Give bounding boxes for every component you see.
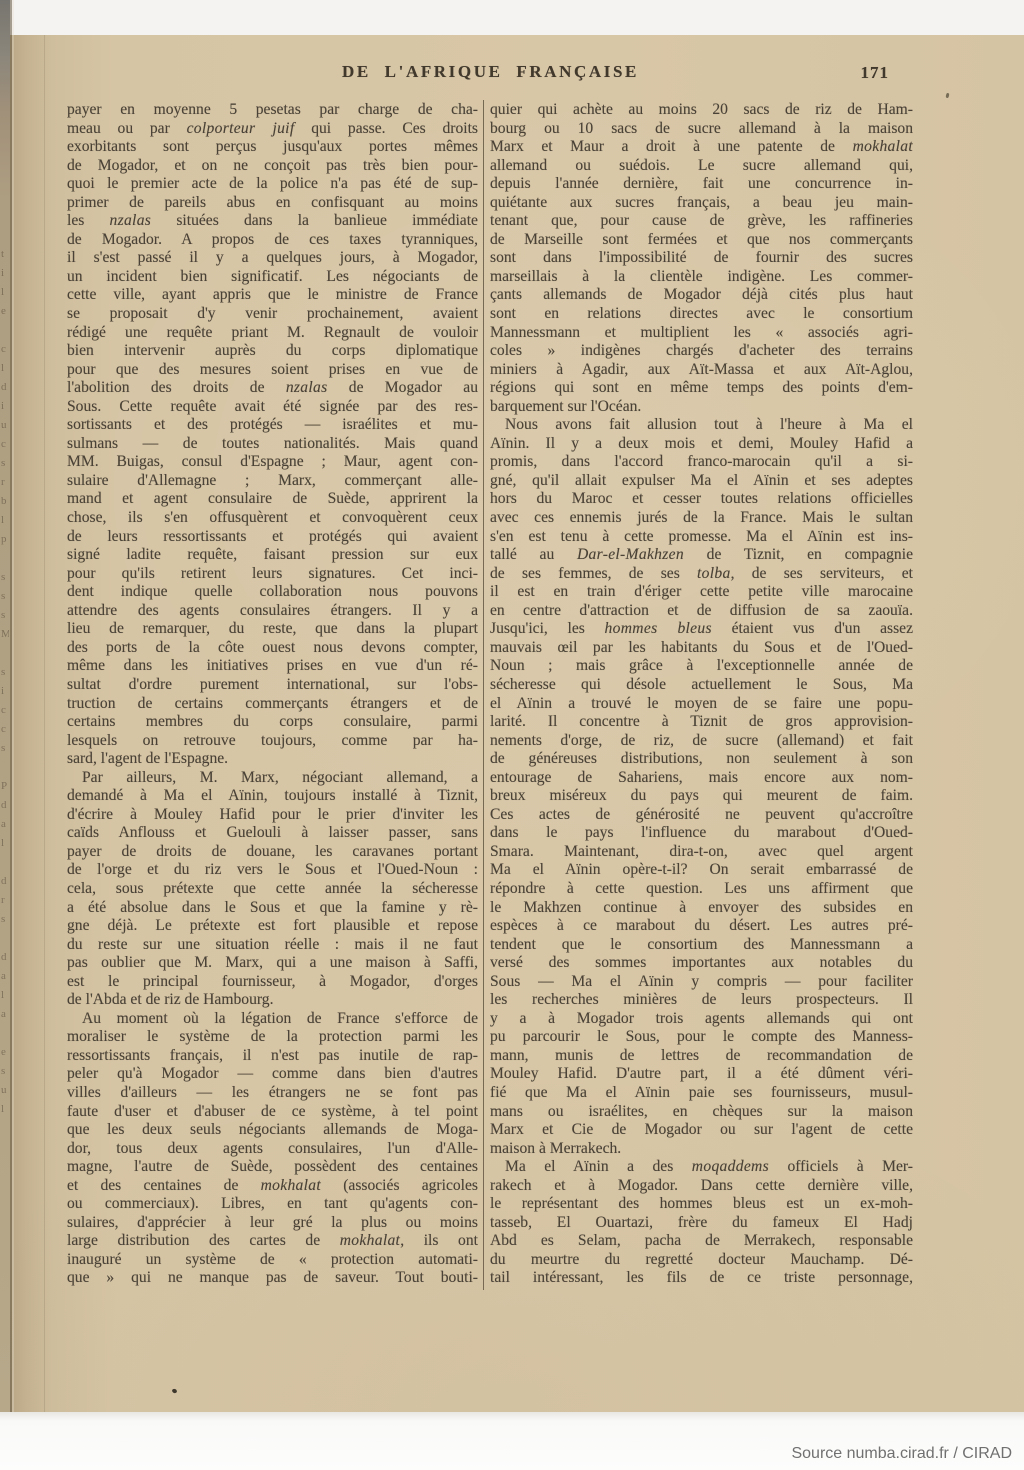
text-line: Aïnin. Il y a deux mois et demi, Mouley … <box>490 435 913 454</box>
text-line: les nzalas situées dans la banlieue immé… <box>67 212 478 231</box>
text-line: sont dans l'impossibilité de fournir des… <box>490 249 913 268</box>
text-line: hors du Maroc et cesser toutes relations… <box>490 490 913 509</box>
text-line: mann, munis de lettres de recommandation… <box>490 1047 913 1066</box>
text-line: sulaire d'Allemagne ; Marx, commerçant a… <box>67 472 478 491</box>
text-line: coles » indigènes chargés d'acheter des … <box>490 342 913 361</box>
text-line: cela, sous prétexte que cette année la s… <box>67 880 478 899</box>
text-line: Abd es Selam, pacha de Merrakech, respon… <box>490 1232 913 1251</box>
text-line: l'abolition des droits de nzalas de Moga… <box>67 379 478 398</box>
scanner-background-top <box>0 0 1024 35</box>
text-line: fié que Ma el Aïnin paie ses fournisseur… <box>490 1084 913 1103</box>
text-column-left: payer en moyenne 5 pesetas par charge de… <box>67 101 478 1288</box>
text-line: payer en moyenne 5 pesetas par charge de… <box>67 101 478 120</box>
text-line: d'écrire à Mouley Hafid pour le prier d'… <box>67 806 478 825</box>
text-line: il est en train d'ériger cette petite vi… <box>490 583 913 602</box>
text-line: quiétante aux sucres français, a beau je… <box>490 194 913 213</box>
text-line: breux miséreux du pays qui meurent de fa… <box>490 787 913 806</box>
text-line: sécheresse qui désole actuellement le So… <box>490 676 913 695</box>
text-line: ressortissants français, il n'est pas in… <box>67 1047 478 1066</box>
text-line: a été absolue dans le Sous et que la fam… <box>67 899 478 918</box>
text-line: s'en est tenu à cette promesse. Ma el Aï… <box>490 528 913 547</box>
text-line: larité. Il concentre à Tiznit de gros ap… <box>490 713 913 732</box>
text-line: entourage de Sahariens, mais encore aux … <box>490 769 913 788</box>
journal-running-title: DE L'AFRIQUE FRANÇAISE <box>68 62 913 82</box>
text-line: mauvais œil par les habitants du Sous et… <box>490 639 913 658</box>
text-line: Mannessmann et multiplient les « associé… <box>490 324 913 343</box>
scanned-journal-page: tile cldiucsrblp sssM siccs Pdal drs dal… <box>0 0 1024 1470</box>
facing-page-text-fragments: tile cldiucsrblp sssM siccs Pdal drs dal… <box>1 245 9 1119</box>
text-line: de l'Abda et de riz de Hambourg. <box>67 991 478 1010</box>
text-line: signé ladite requête, faisant pression s… <box>67 546 478 565</box>
text-line: dent indique quelle collaboration nous p… <box>67 583 478 602</box>
text-line: peler qu'à Mogador — comme dans bien d'a… <box>67 1065 478 1084</box>
text-line: barquement sur l'Océan. <box>490 398 913 417</box>
text-line: sulmans — de toutes nationalités. Mais q… <box>67 435 478 454</box>
text-line: sont en relations directes avec le conso… <box>490 305 913 324</box>
text-line: Nous avons fait allusion tout à l'heure … <box>490 416 913 435</box>
text-line: tasseb, El Ouartazi, frère du fameux El … <box>490 1214 913 1233</box>
text-line: large distribution des cartes de mokhala… <box>67 1232 478 1251</box>
text-line: attendre des agents consulaires étranger… <box>67 602 478 621</box>
text-line: se proposait d'y venir prochainement, av… <box>67 305 478 324</box>
text-line: tenant que, pour cause de grève, les raf… <box>490 212 913 231</box>
text-line: tendent que le consortium des Mannessman… <box>490 936 913 955</box>
text-line: rakech et à Mogador. Dans cette dernière… <box>490 1177 913 1196</box>
text-line: Sous. Cette requête avait été signée par… <box>67 398 478 417</box>
text-line: depuis l'année dernière, fait une concur… <box>490 175 913 194</box>
text-line: sortissants et des protégés — israélites… <box>67 416 478 435</box>
text-line: est le principal fournisseur, à Mogador,… <box>67 973 478 992</box>
source-credit: Source numba.cirad.fr / CIRAD <box>791 1445 1012 1463</box>
text-line: de leurs ressortissants et protégés qui … <box>67 528 478 547</box>
text-line: ou commerciaux). Libres, en tant qu'agen… <box>67 1195 478 1214</box>
text-line: MM. Buigas, consul d'Espagne ; Maur, age… <box>67 453 478 472</box>
text-line: bourg ou 10 sacs de sucre allemand à la … <box>490 120 913 139</box>
text-line: espèces à ce marabout du désert. Les aut… <box>490 917 913 936</box>
text-line: gné, qu'il allait expulser Ma el Aïnin e… <box>490 472 913 491</box>
text-line: pas oublier que M. Marx, qui a une maiso… <box>67 954 478 973</box>
text-line: lesquels on retrouve toujours, comme par… <box>67 732 478 751</box>
text-line: el Aïnin a trouvé le moyen de se faire u… <box>490 695 913 714</box>
text-line: payer de droits de douane, les caravanes… <box>67 843 478 862</box>
text-line: caïds Anflouss et Guelouli à laisser pas… <box>67 824 478 843</box>
page-edge-highlight <box>12 0 14 1412</box>
text-line: même dans les initiatives prises en vue … <box>67 657 478 676</box>
text-line: chose, ils s'en offusquèrent et convoquè… <box>67 509 478 528</box>
text-line: de Mogador. A propos de ces taxes tyrann… <box>67 231 478 250</box>
text-line: un incident bien significatif. Les négoc… <box>67 268 478 287</box>
text-line: tallé au Dar-el-Makhzen de Tiznit, en co… <box>490 546 913 565</box>
text-line: le Makhzen continue à envoyer des subsid… <box>490 899 913 918</box>
text-line: du reste sur une situation réelle : mais… <box>67 936 478 955</box>
text-line: mand et agent consulaire de Suède, appri… <box>67 490 478 509</box>
text-line: mans ou israélites, en chèques sur la ma… <box>490 1103 913 1122</box>
text-line: Ma el Aïnin a des moqaddems officiels à … <box>490 1158 913 1177</box>
text-line: versé des sommes importantes aux notable… <box>490 954 913 973</box>
text-line: dans le pays l'influence du marabout d'O… <box>490 824 913 843</box>
text-line: et des centaines de mokhalat (associés a… <box>67 1177 478 1196</box>
text-line: certains membres du corps consulaire, pa… <box>67 713 478 732</box>
page-crease-line <box>44 35 45 1412</box>
text-line: moraliser le système de la protection pa… <box>67 1028 478 1047</box>
text-line: pour qu'ils retirent leurs signatures. C… <box>67 565 478 584</box>
text-line: Marx et Maur a droit à une patente de mo… <box>490 138 913 157</box>
text-line: allemand ou suédois. Le sucre allemand q… <box>490 157 913 176</box>
text-line: villes d'ailleurs — les étrangers ne se … <box>67 1084 478 1103</box>
text-line: de ses femmes, de ses tolba, de ses serv… <box>490 565 913 584</box>
text-line: Sous — Ma el Aïnin y compris — pour faci… <box>490 973 913 992</box>
text-line: çants allemands de Mogador déjà cités pl… <box>490 286 913 305</box>
text-line: sard, l'agent de l'Espagne. <box>67 750 478 769</box>
text-line: en centre d'attraction et de diffusion d… <box>490 602 913 621</box>
text-line: les recherches minières de leurs prospec… <box>490 991 913 1010</box>
text-line: quoi le premier acte de la police n'a pa… <box>67 175 478 194</box>
text-line: gne déjà. Le prétexte est fort plausible… <box>67 917 478 936</box>
text-line: de généreuses distributions, non seuleme… <box>490 750 913 769</box>
text-line: promis, dans l'accord franco-marocain qu… <box>490 453 913 472</box>
text-line: sultat d'ordre purement international, s… <box>67 676 478 695</box>
text-line: Ces actes de générosité ne peuvent qu'ac… <box>490 806 913 825</box>
text-line: meau ou par colporteur juif qui passe. C… <box>67 120 478 139</box>
text-line: des ports de la côte ouest nous devons c… <box>67 639 478 658</box>
text-line: Jusqu'ici, les hommes bleus étaient vus … <box>490 620 913 639</box>
text-line: primer de pareils abus en confisquant au… <box>67 194 478 213</box>
text-line: Smara. Maintenant, dira-t-on, avec quel … <box>490 843 913 862</box>
text-line: demandé à Ma el Aïnin, toujours installé… <box>67 787 478 806</box>
text-line: avec ces ennemis jurés de la France. Mai… <box>490 509 913 528</box>
text-line: régions qui sont en même temps des point… <box>490 379 913 398</box>
text-line: répondre à cette question. Les uns affir… <box>490 880 913 899</box>
text-line: que les deux seuls négociants allemands … <box>67 1121 478 1140</box>
text-line: Ma el Aïnin opère-t-il? On serait embarr… <box>490 861 913 880</box>
text-line: de Marseille sont fermées et que nos com… <box>490 231 913 250</box>
text-line: miniers à Agadir, aux Aït-Massa et aux A… <box>490 361 913 380</box>
text-line: de Mogador, et on ne conçoit pas très bi… <box>67 157 478 176</box>
text-line: pu parcourir le Sous, pour le compte des… <box>490 1028 913 1047</box>
text-line: du meurtre du regretté docteur Mauchamp.… <box>490 1251 913 1270</box>
page-number: 171 <box>861 63 890 83</box>
text-line: marseillais à la clientèle indigène. Les… <box>490 268 913 287</box>
text-line: rédigé une requête priant M. Regnault de… <box>67 324 478 343</box>
text-line: magne, l'autre de Suède, possèdent des c… <box>67 1158 478 1177</box>
text-line: quier qui achète au moins 20 sacs de riz… <box>490 101 913 120</box>
text-line: il s'est passé il y a quelques jours, à … <box>67 249 478 268</box>
text-line: cette ville, ayant appris que le ministr… <box>67 286 478 305</box>
text-line: bien intervenir auprès du corps diplomat… <box>67 342 478 361</box>
text-line: faute d'user et d'abuser de ce système, … <box>67 1103 478 1122</box>
text-line: Marx et Cie de Mogador ou sur l'agent de… <box>490 1121 913 1140</box>
page-header: DE L'AFRIQUE FRANÇAISE 171 <box>68 62 913 88</box>
text-line: que » qui ne manque pas de saveur. Tout … <box>67 1269 478 1288</box>
text-line: maison à Merrakech. <box>490 1140 913 1159</box>
text-line: y a à Mogador trois agents allemands qui… <box>490 1010 913 1029</box>
text-line: tail intéressant, les fils de ce triste … <box>490 1269 913 1288</box>
text-line: le représentant des hommes bleus est un … <box>490 1195 913 1214</box>
text-line: Mouley Hafid. D'autre part, il a été dûm… <box>490 1065 913 1084</box>
text-line: sulaires, d'apprécier à leur gré la plus… <box>67 1214 478 1233</box>
text-line: inauguré un système de « protection auto… <box>67 1251 478 1270</box>
text-line: Par ailleurs, M. Marx, négociant alleman… <box>67 769 478 788</box>
column-divider-rule <box>483 100 484 1290</box>
text-line: de l'orge et du riz vers le Sous et l'Ou… <box>67 861 478 880</box>
text-line: Noun ; mais grâce à l'exceptionnelle ann… <box>490 657 913 676</box>
text-line: pour que des mesures soient prises en vu… <box>67 361 478 380</box>
text-line: dor, tous deux agents consulaires, l'un … <box>67 1140 478 1159</box>
text-line: nements d'orge, de riz, de sucre (allema… <box>490 732 913 751</box>
text-line: lieu de remarquer, du reste, que dans la… <box>67 620 478 639</box>
text-column-right: quier qui achète au moins 20 sacs de riz… <box>490 101 913 1288</box>
text-line: Au moment où la légation de France s'eff… <box>67 1010 478 1029</box>
text-line: truction de certains commerçants étrange… <box>67 695 478 714</box>
text-line: exorbitants sont perçus jusqu'aux portes… <box>67 138 478 157</box>
